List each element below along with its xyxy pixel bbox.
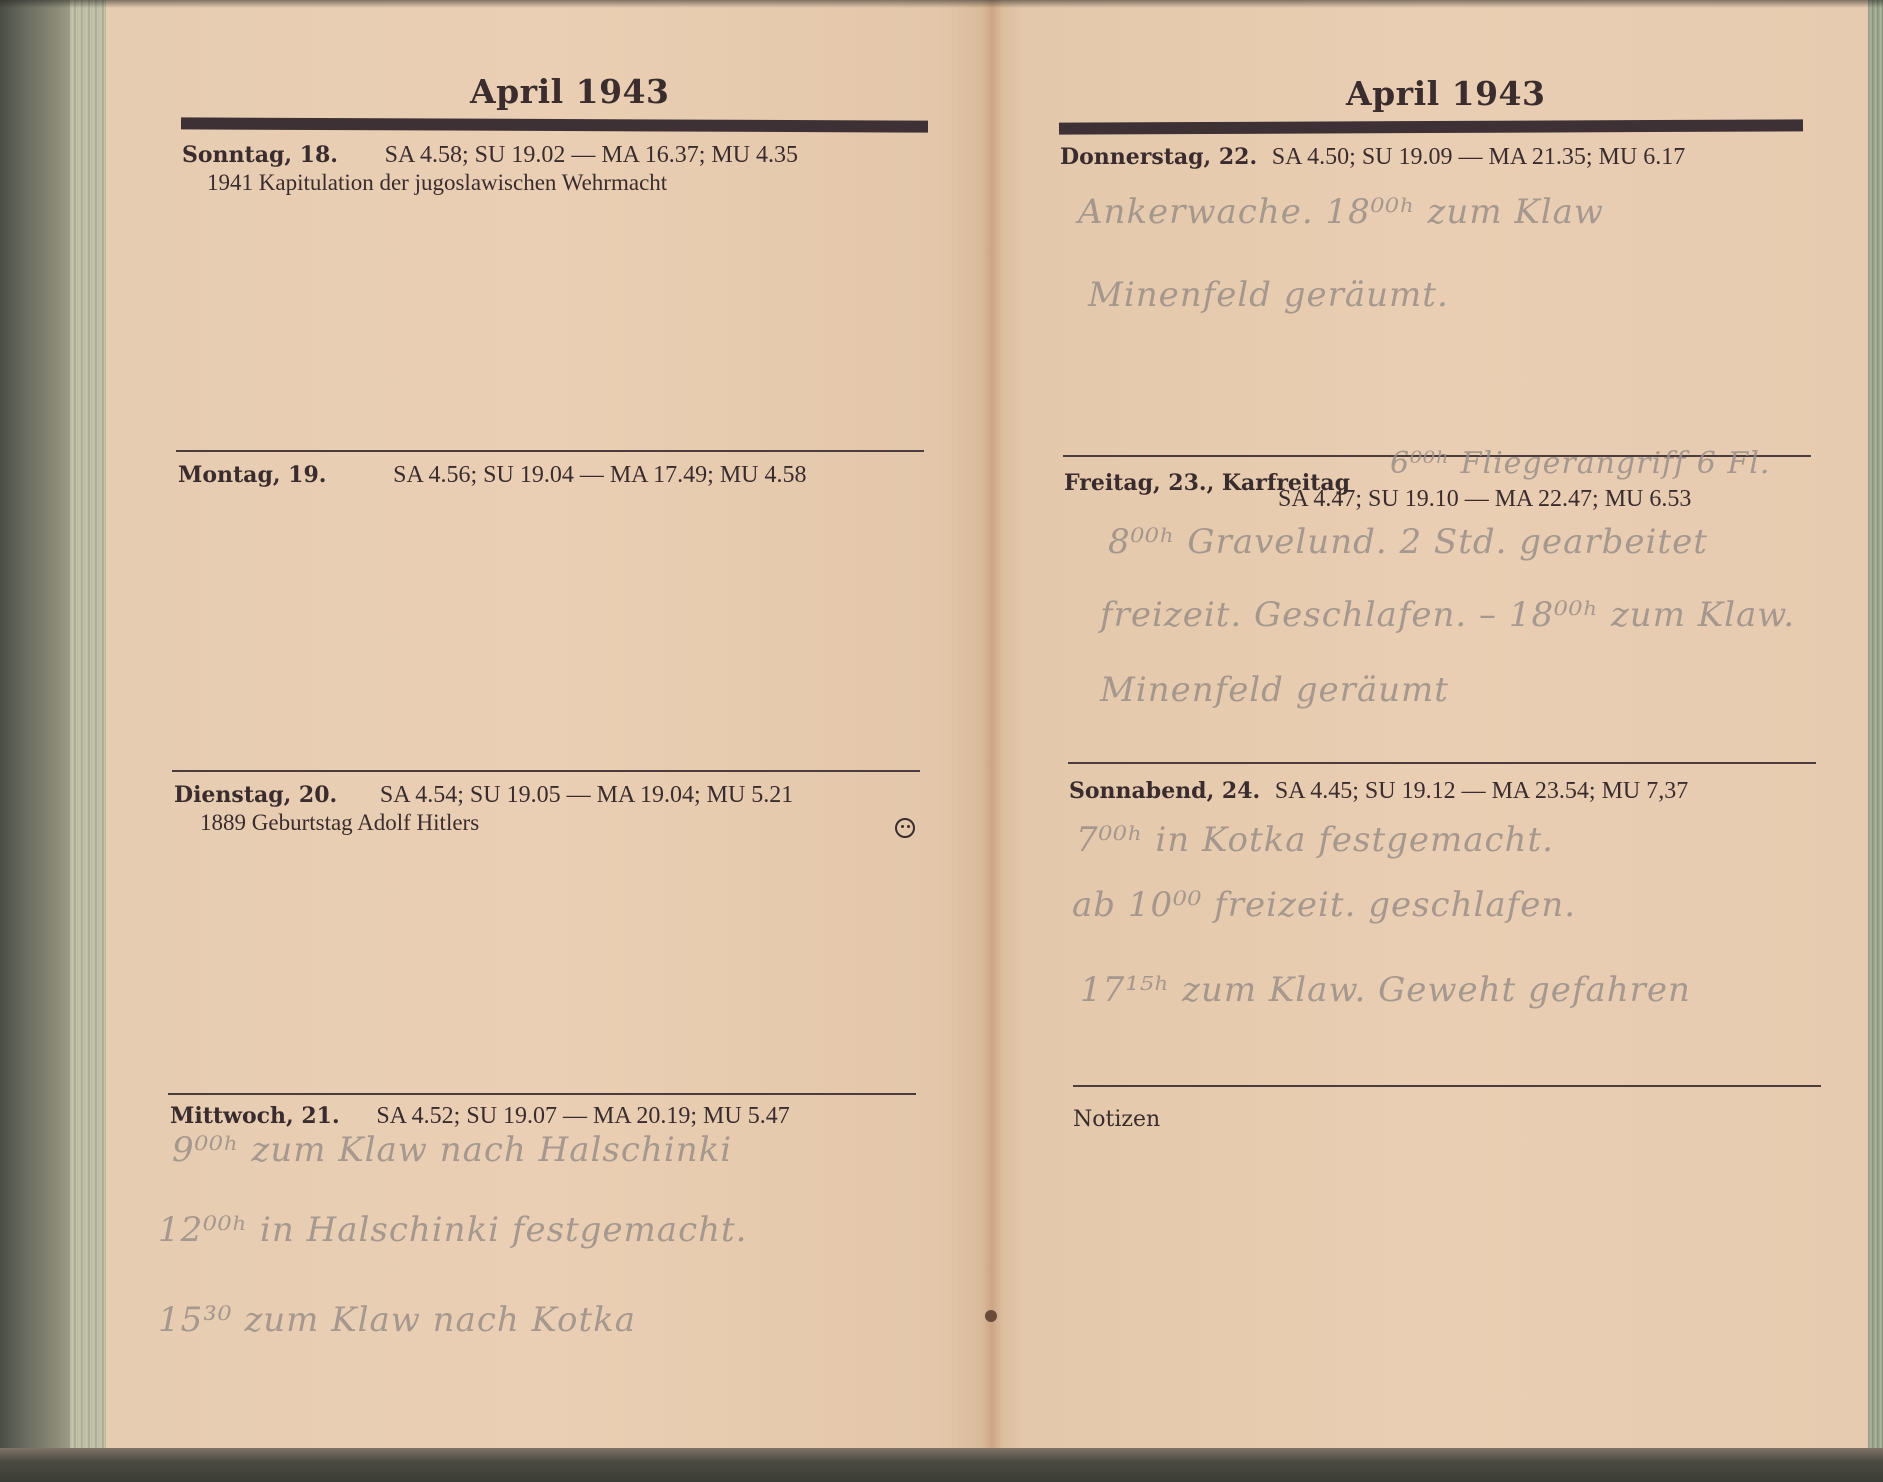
- handwritten-line: 6⁰⁰ʰ Fliegerangriff 6 Fl.: [1390, 446, 1770, 481]
- day-name: Montag, 19.: [178, 462, 326, 488]
- sun-moon-times: SA 4.50; SU 19.09 — MA 21.35; MU 6.17: [1272, 144, 1685, 170]
- day-entry-donnerstag-22: Donnerstag, 22. SA 4.50; SU 19.09 — MA 2…: [1060, 144, 1685, 171]
- day-divider: [168, 1093, 916, 1095]
- full-moon-icon: [895, 818, 915, 838]
- book-cover-left: [0, 0, 70, 1482]
- day-note: 1941 Kapitulation der jugoslawischen Weh…: [207, 170, 667, 196]
- handwritten-line: 12⁰⁰ʰ in Halschinki festgemacht.: [158, 1210, 747, 1250]
- day-divider: [176, 450, 924, 452]
- handwritten-line: freizeit. Geschlafen. – 18⁰⁰ʰ zum Klaw.: [1100, 595, 1795, 635]
- handwritten-line: 7⁰⁰ʰ in Kotka festgemacht.: [1076, 820, 1554, 860]
- sun-moon-times-row: SA 4.47; SU 19.10 — MA 22.47; MU 6.53: [1278, 486, 1691, 513]
- day-entry-sonnabend-24: Sonnabend, 24. SA 4.45; SU 19.12 — MA 23…: [1069, 778, 1688, 805]
- page-stack-left: [70, 0, 106, 1450]
- day-name: Mittwoch, 21.: [170, 1103, 340, 1129]
- sun-moon-times: SA 4.52; SU 19.07 — MA 20.19; MU 5.47: [376, 1103, 789, 1129]
- sun-moon-times: SA 4.56; SU 19.04 — MA 17.49; MU 4.58: [393, 462, 806, 488]
- top-shadow: [0, 0, 1883, 8]
- day-name: Sonnabend, 24.: [1069, 778, 1260, 804]
- day-entry-montag-19: Montag, 19. SA 4.56; SU 19.04 — MA 17.49…: [178, 462, 807, 489]
- sun-moon-times: SA 4.54; SU 19.05 — MA 19.04; MU 5.21: [380, 782, 793, 808]
- handwritten-line: 9⁰⁰ʰ zum Klaw nach Halschinki: [172, 1130, 732, 1170]
- sun-moon-times: SA 4.47; SU 19.10 — MA 22.47; MU 6.53: [1278, 486, 1691, 512]
- handwritten-line: 8⁰⁰ʰ Gravelund. 2 Std. gearbeitet: [1108, 522, 1708, 562]
- sun-moon-times: SA 4.45; SU 19.12 — MA 23.54; MU 7,37: [1275, 778, 1688, 804]
- day-entry-sonntag-18: Sonntag, 18. SA 4.58; SU 19.02 — MA 16.3…: [182, 142, 798, 169]
- day-name: Sonntag, 18.: [182, 142, 338, 168]
- page-stack-right: [1868, 0, 1883, 1450]
- day-entry-dienstag-20: Dienstag, 20. SA 4.54; SU 19.05 — MA 19.…: [174, 782, 793, 809]
- book-bottom-edge: [0, 1448, 1883, 1482]
- notes-area[interactable]: [1073, 1140, 1821, 1430]
- day-divider: [172, 770, 920, 772]
- day-name: Dienstag, 20.: [174, 782, 337, 808]
- notes-label: Notizen: [1073, 1107, 1160, 1132]
- notes-divider: [1073, 1085, 1821, 1087]
- handwritten-line: Minenfeld geräumt: [1100, 670, 1449, 710]
- book-gutter: [982, 0, 1002, 1448]
- left-page-title: April 1943: [470, 72, 669, 111]
- day-note: 1889 Geburtstag Adolf Hitlers: [200, 810, 479, 836]
- day-entry-mittwoch-21: Mittwoch, 21. SA 4.52; SU 19.07 — MA 20.…: [170, 1103, 790, 1130]
- binding-thread-knot: [985, 1310, 997, 1322]
- day-divider: [1068, 762, 1816, 764]
- sun-moon-times: SA 4.58; SU 19.02 — MA 16.37; MU 4.35: [385, 142, 798, 168]
- handwritten-line: Minenfeld geräumt.: [1088, 275, 1449, 315]
- right-page-title: April 1943: [1346, 74, 1545, 113]
- handwritten-line: 15³⁰ zum Klaw nach Kotka: [158, 1300, 636, 1340]
- handwritten-line: 17¹⁵ʰ zum Klaw. Geweht gefahren: [1080, 970, 1691, 1010]
- handwritten-line: ab 10⁰⁰ freizeit. geschlafen.: [1072, 885, 1576, 925]
- handwritten-line: Ankerwache. 18⁰⁰ʰ zum Klaw: [1078, 192, 1604, 232]
- day-name: Donnerstag, 22.: [1060, 144, 1257, 170]
